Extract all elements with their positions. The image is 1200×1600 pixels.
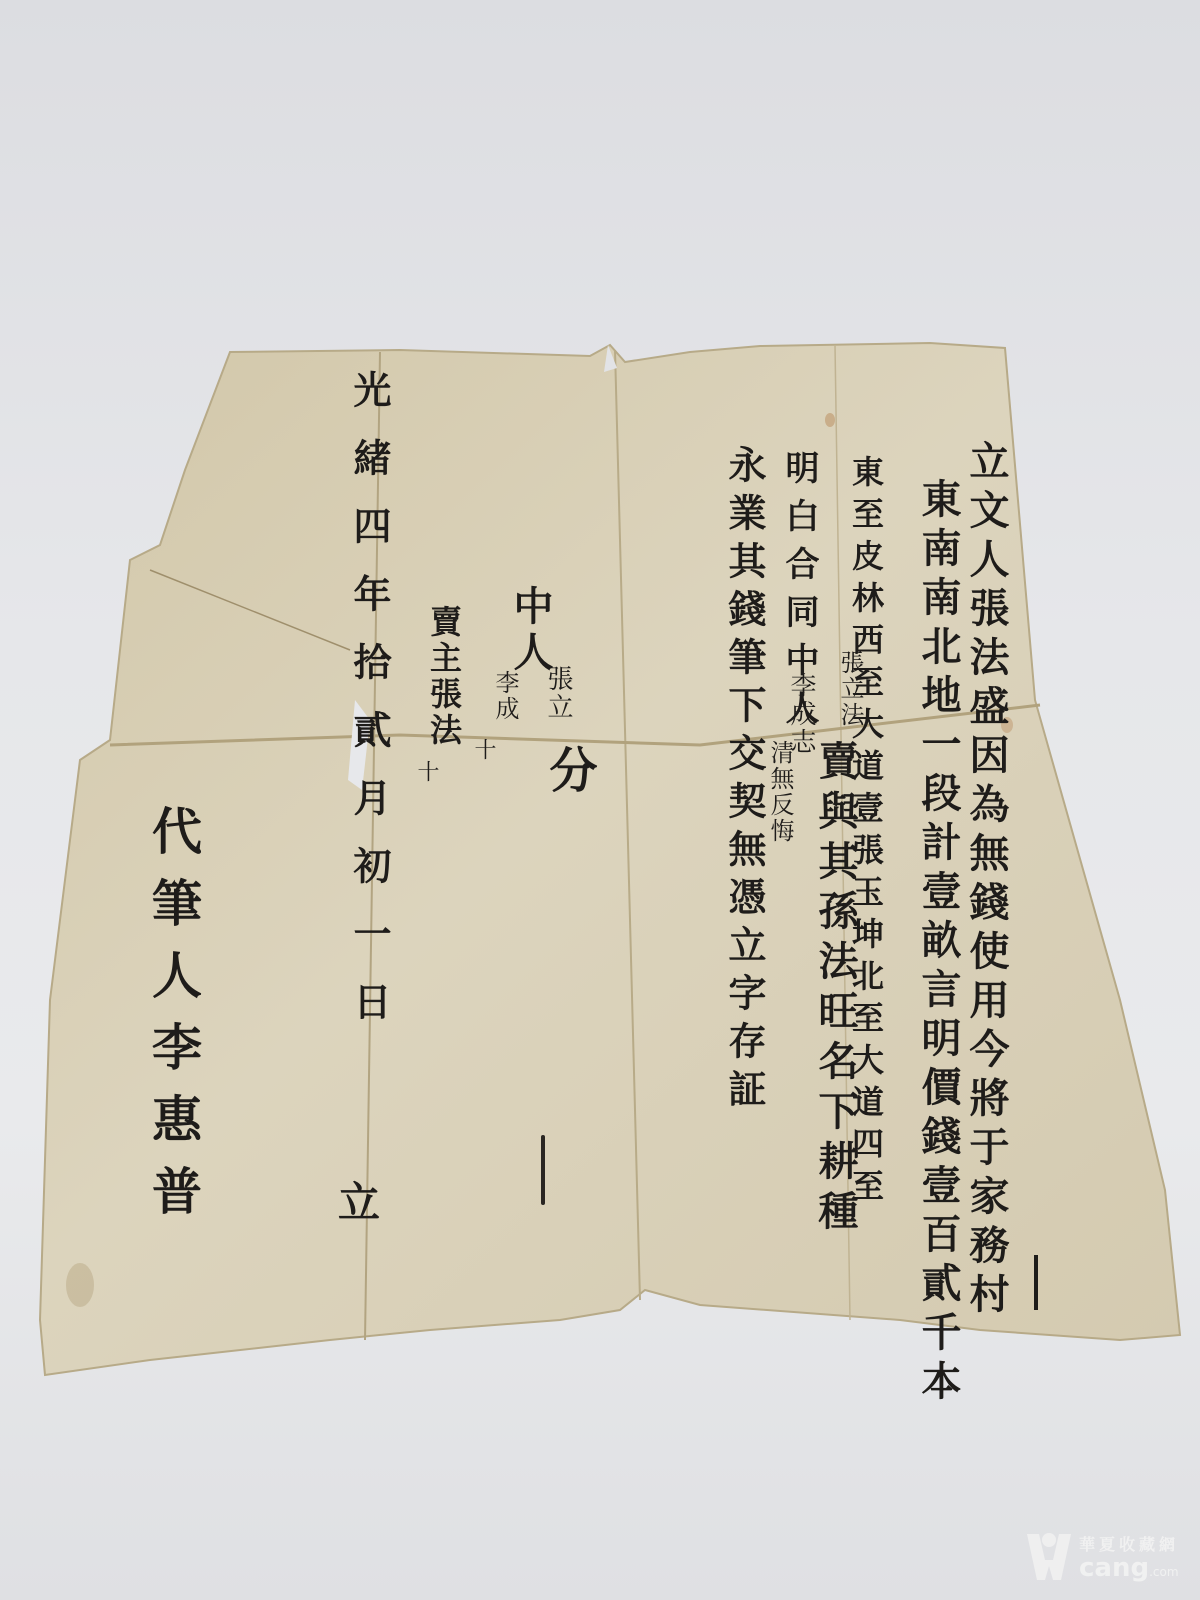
cross-mark-1: 十	[472, 738, 494, 762]
middlemen-label: 中人	[510, 585, 550, 677]
ink-stroke	[541, 1135, 545, 1205]
watermark-brand-cn: 華夏收藏網	[1079, 1532, 1179, 1555]
watermark-logo-icon	[1025, 1530, 1073, 1582]
document-photo: 立文人張法盛因為無錢使用今將于家務村 東南南北地一段計壹畝言明價錢壹百貳千本 東…	[0, 0, 1200, 1600]
ink-stroke-right	[1034, 1255, 1038, 1310]
contract-column-2: 東南南北地一段計壹畝言明價錢壹百貳千本	[918, 478, 958, 1409]
middleman-zhang: 張立	[545, 665, 571, 721]
contract-column-6: 永業其錢筆下交契無憑立字存証	[725, 445, 763, 1117]
paper-sheet	[0, 0, 1200, 1600]
contract-column-1: 立文人張法盛因為無錢使用今將于家務村	[966, 440, 1006, 1322]
no-regret-note: 清無反悔	[768, 740, 792, 844]
middleman-li: 李成	[493, 670, 517, 722]
date-column: 光緒四年拾貳月初一日	[350, 370, 388, 1050]
contract-column-5: 賣與其孫法旺名下耕種	[815, 740, 855, 1240]
signature-mark-li: 立	[335, 1180, 377, 1228]
site-watermark: 華夏收藏網 cang.com	[1025, 1530, 1179, 1582]
cross-mark-2: 十	[415, 760, 437, 784]
middleman-name-2: 張立法	[838, 650, 862, 728]
scribe-column: 代筆人李惠普	[148, 805, 198, 1237]
seller-label: 賣主張法	[428, 605, 460, 749]
signature-mark-fen: 分	[545, 745, 593, 799]
watermark-brand-en: cang.com	[1079, 1555, 1179, 1581]
